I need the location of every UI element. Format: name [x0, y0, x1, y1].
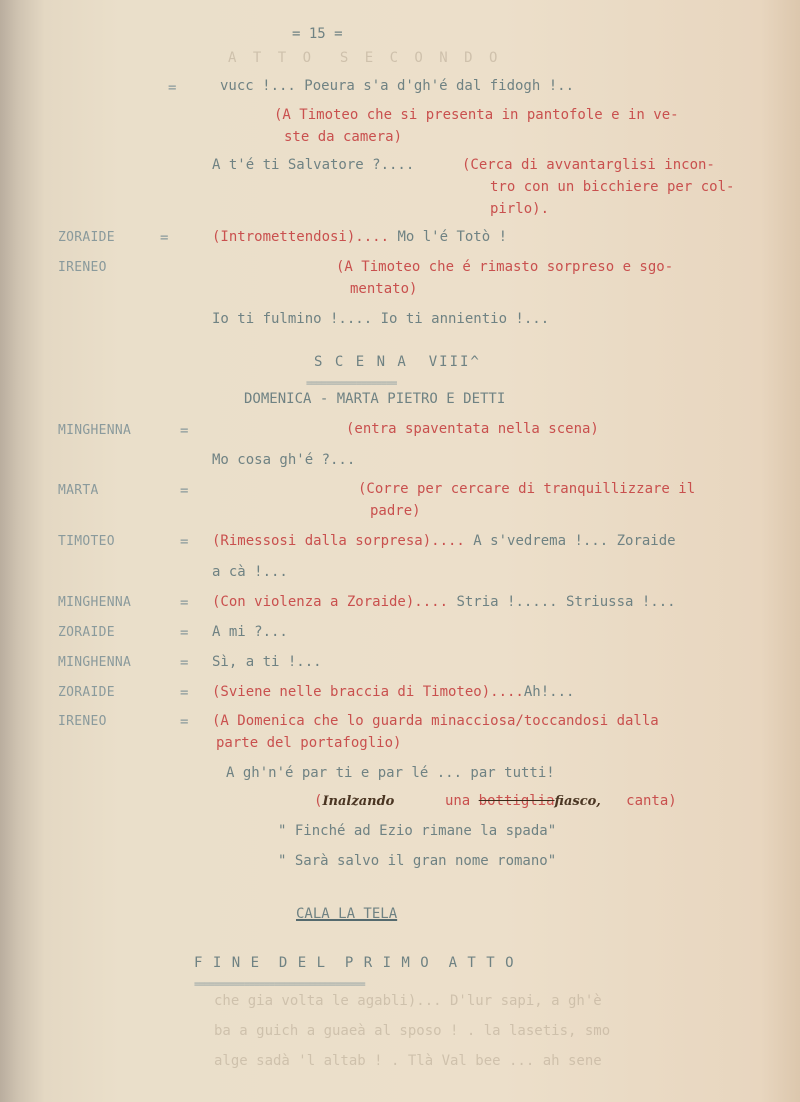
end-of-act-underline: ================================== — [194, 977, 365, 993]
speaker-name: MINGHENNA — [58, 655, 131, 671]
dialogue-line: (Intromettendosi).... Mo l'é Totò ! — [212, 229, 507, 245]
bleed-through-text: ba a guich a guaeà al sposo ! . la laset… — [214, 1023, 610, 1039]
page-number: = 15 = — [292, 26, 343, 42]
speech: Stria !..... Striussa !... — [448, 594, 676, 610]
song-line: " Finché ad Ezio rimane la spada" — [278, 823, 556, 839]
speech: Ah!... — [524, 684, 575, 700]
typescript-page: = 15 = A T T O S E C O N D O = vucc !...… — [0, 0, 800, 1102]
speaker-separator: = — [180, 423, 188, 439]
stage-direction: (Con violenza a Zoraide).... — [212, 594, 448, 610]
speaker-name: IRENEO — [58, 260, 107, 276]
stage-direction: ste da camera) — [284, 129, 402, 145]
speaker-separator: = — [180, 655, 188, 671]
speaker-separator: = — [160, 230, 168, 246]
stage-direction: padre) — [370, 503, 421, 519]
speaker-separator: = — [180, 714, 188, 730]
stage-direction: (Cerca di avvantarglisi incon- — [462, 157, 715, 173]
annotated-stage-direction: (Inalzando una bottigliafiasco, canta) — [314, 793, 677, 810]
speech: Mo l'é Totò ! — [389, 229, 507, 245]
speaker-name: ZORAIDE — [58, 625, 115, 641]
scene-characters: DOMENICA - MARTA PIETRO E DETTI — [244, 391, 505, 407]
bleed-through-text: che gia volta le agabli)... D'lur sapi, … — [214, 993, 602, 1009]
curtain-direction: CALA LA TELA — [296, 906, 397, 922]
bleed-through-text: A T T O S E C O N D O — [228, 50, 501, 66]
dialogue-line: (Sviene nelle braccia di Timoteo)....Ah!… — [212, 684, 574, 700]
handwritten-annotation: fiasco, — [555, 794, 601, 809]
speaker-name: MARTA — [58, 483, 99, 499]
song-line: " Sarà salvo il gran nome romano" — [278, 853, 556, 869]
speech: Io ti fulmino !.... Io ti annientio !... — [212, 311, 549, 327]
stage-direction: (Corre per cercare di tranquillizzare il — [358, 481, 695, 497]
speaker-name: ZORAIDE — [58, 685, 115, 701]
speech: Sì, a ti !... — [212, 654, 322, 670]
dialogue-line: (Con violenza a Zoraide).... Stria !....… — [212, 594, 676, 610]
speech: A s'vedrema !... Zoraide — [465, 533, 676, 549]
speaker-name: MINGHENNA — [58, 595, 131, 611]
speaker-separator: = — [180, 483, 188, 499]
speaker-separator: = — [180, 595, 188, 611]
bleed-through-text: alge sadà 'l altab ! . Tlà Val bee ... a… — [214, 1053, 602, 1069]
speech: Mo cosa gh'é ?... — [212, 452, 355, 468]
struck-word: bottiglia — [479, 793, 555, 809]
stage-direction: (A Timoteo che si presenta in pantofole … — [274, 107, 679, 123]
stage-direction: parte del portafoglio) — [216, 735, 401, 751]
stage-direction: (entra spaventata nella scena) — [346, 421, 599, 437]
scene-title: S C E N A VIII^ — [314, 354, 481, 370]
stage-direction: (Sviene nelle braccia di Timoteo).... — [212, 684, 524, 700]
end-of-act: F I N E D E L P R I M O A T T O — [194, 955, 515, 971]
stage-direction: (Intromettendosi).... — [212, 229, 389, 245]
speaker-name: MINGHENNA — [58, 423, 131, 439]
dialogue-line: vucc !... Poeura s'a d'gh'é dal fidogh !… — [220, 78, 574, 94]
dialogue-line: A t'é ti Salvatore ?.... — [212, 157, 414, 173]
speaker-separator: = — [180, 534, 188, 550]
stage-direction: tro con un bicchiere per col- — [490, 179, 734, 195]
speaker-name: TIMOTEO — [58, 534, 115, 550]
stage-direction: pirlo). — [490, 201, 549, 217]
speaker-name: ZORAIDE — [58, 230, 115, 246]
speaker-separator: = — [180, 625, 188, 641]
handwritten-annotation: Inalzando — [322, 794, 394, 809]
speaker-separator: = — [180, 685, 188, 701]
stage-direction: (A Domenica che lo guarda minacciosa/toc… — [212, 713, 659, 729]
speech: a cà !... — [212, 564, 288, 580]
dialogue-line: (Rimessosi dalla sorpresa).... A s'vedre… — [212, 533, 676, 549]
scene-title-underline: ================== — [306, 376, 396, 392]
stage-direction: (A Timoteo che é rimasto sorpreso e sgo- — [336, 259, 673, 275]
speech: A gh'n'é par ti e par lé ... par tutti! — [226, 765, 555, 781]
speaker-name: IRENEO — [58, 714, 107, 730]
speech: A mi ?... — [212, 624, 288, 640]
stage-word: canta) — [626, 793, 677, 809]
line-marker: = — [168, 80, 176, 96]
stage-direction: (Rimessosi dalla sorpresa).... — [212, 533, 465, 549]
stage-word: una — [445, 793, 470, 809]
stage-direction: mentato) — [350, 281, 417, 297]
